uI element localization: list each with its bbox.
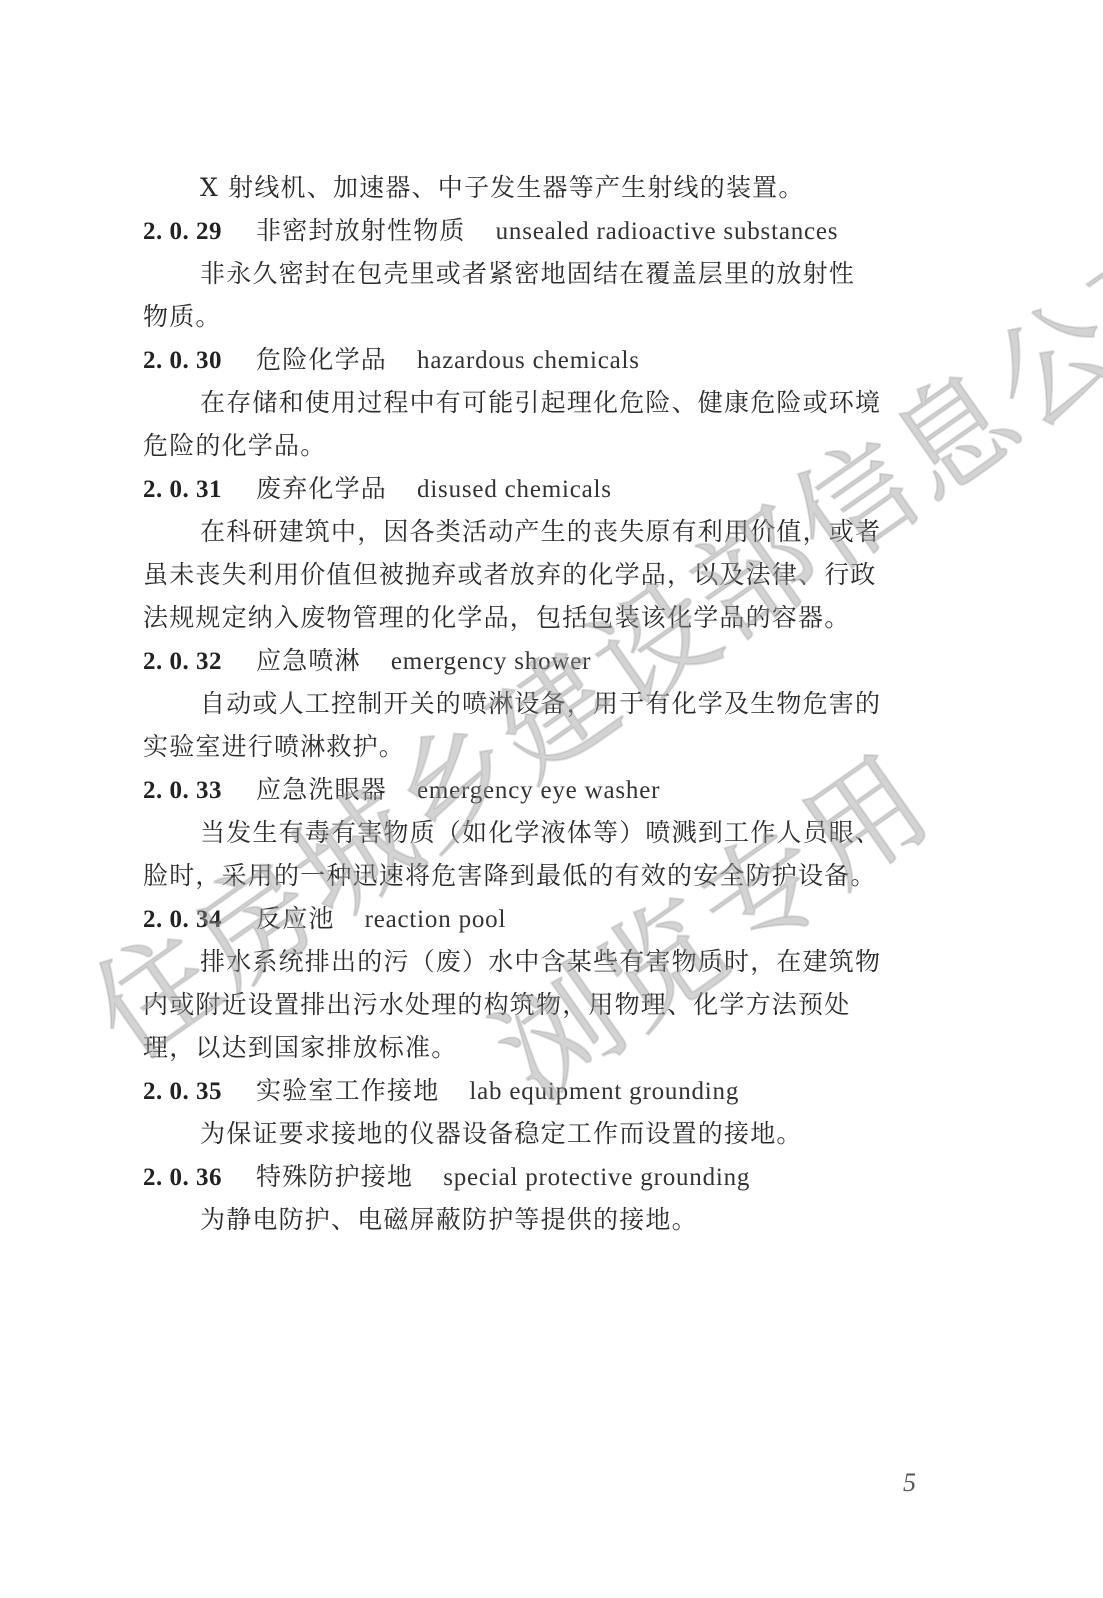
definition-line: 自动或人工控制开关的喷淋设备，用于有化学及生物危害的	[143, 682, 943, 725]
term-english: unsealed radioactive substances	[496, 218, 839, 245]
term-chinese: 非密封放射性物质	[256, 209, 466, 252]
definition-line: 内或附近设置排出污水处理的构筑物，用物理、化学方法预处	[143, 983, 943, 1026]
definition-line: 法规规定纳入废物管理的化学品，包括包装该化学品的容器。	[143, 596, 943, 639]
definition-line: 为保证要求接地的仪器设备稳定工作而设置的接地。	[143, 1112, 943, 1155]
term-heading: 2. 0. 29非密封放射性物质unsealed radioactive sub…	[143, 209, 943, 252]
definition-line: 当发生有毒有害物质（如化学液体等）喷溅到工作人员眼、	[143, 811, 943, 854]
term-number: 2. 0. 30	[143, 339, 256, 382]
term-chinese: 实验室工作接地	[256, 1069, 439, 1112]
term-heading: 2. 0. 35实验室工作接地lab equipment grounding	[143, 1069, 943, 1112]
term-number: 2. 0. 36	[143, 1156, 256, 1199]
term-heading: 2. 0. 36特殊防护接地special protective groundi…	[143, 1155, 943, 1198]
term-heading: 2. 0. 33应急洗眼器emergency eye washer	[143, 768, 943, 811]
term-english: hazardous chemicals	[417, 347, 640, 374]
definition-line: 危险的化学品。	[143, 424, 943, 467]
term-number: 2. 0. 35	[143, 1070, 256, 1113]
definition-line: 理，以达到国家排放标准。	[143, 1026, 943, 1069]
definition-line: 非永久密封在包壳里或者紧密地固结在覆盖层里的放射性	[143, 252, 943, 295]
term-chinese: 反应池	[256, 897, 335, 940]
definition-line: 脸时，采用的一种迅速将危害降到最低的有效的安全防护设备。	[143, 854, 943, 897]
term-heading: 2. 0. 31废弃化学品disused chemicals	[143, 467, 943, 510]
term-english: lab equipment grounding	[469, 1078, 739, 1105]
term-english: disused chemicals	[417, 476, 612, 503]
definition-line: 实验室进行喷淋救护。	[143, 725, 943, 768]
term-english: special protective grounding	[443, 1164, 750, 1191]
term-english: emergency shower	[391, 648, 591, 675]
term-number: 2. 0. 33	[143, 769, 256, 812]
term-chinese: 危险化学品	[256, 338, 387, 381]
term-number: 2. 0. 34	[143, 898, 256, 941]
continuation-text: X 射线机、加速器、中子发生器等产生射线的装置。	[143, 166, 943, 209]
term-heading: 2. 0. 32应急喷淋emergency shower	[143, 639, 943, 682]
document-page: X 射线机、加速器、中子发生器等产生射线的装置。 2. 0. 29非密封放射性物…	[0, 0, 1103, 1598]
term-heading: 2. 0. 34反应池reaction pool	[143, 897, 943, 940]
term-english: reaction pool	[365, 906, 507, 933]
term-number: 2. 0. 32	[143, 640, 256, 683]
term-number: 2. 0. 31	[143, 468, 256, 511]
definition-line: 排水系统排出的污（废）水中含某些有害物质时，在建筑物	[143, 940, 943, 983]
term-chinese: 应急洗眼器	[256, 768, 387, 811]
term-chinese: 特殊防护接地	[256, 1155, 413, 1198]
term-heading: 2. 0. 30危险化学品hazardous chemicals	[143, 338, 943, 381]
page-number: 5	[903, 1468, 916, 1498]
term-chinese: 废弃化学品	[256, 467, 387, 510]
definition-line: 在存储和使用过程中有可能引起理化危险、健康危险或环境	[143, 381, 943, 424]
definition-line: 在科研建筑中，因各类活动产生的丧失原有利用价值，或者	[143, 510, 943, 553]
definition-line: 虽未丧失利用价值但被抛弃或者放弃的化学品，以及法律、行政	[143, 553, 943, 596]
definition-line: 为静电防护、电磁屏蔽防护等提供的接地。	[143, 1198, 943, 1241]
term-english: emergency eye washer	[417, 777, 660, 804]
term-number: 2. 0. 29	[143, 210, 256, 253]
definition-line: 物质。	[143, 295, 943, 338]
term-chinese: 应急喷淋	[256, 639, 361, 682]
page-content: X 射线机、加速器、中子发生器等产生射线的装置。 2. 0. 29非密封放射性物…	[143, 166, 943, 1241]
